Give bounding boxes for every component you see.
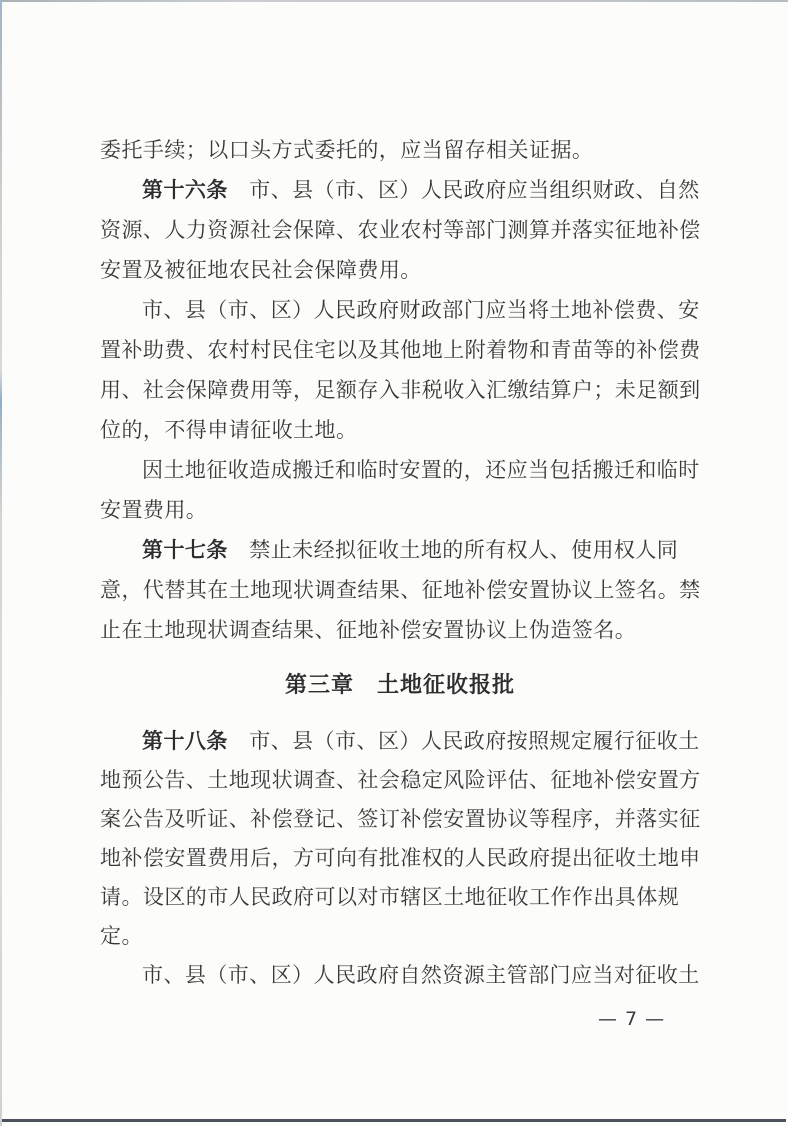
line-text: 止在土地现状调查结果、征地补偿安置协议上伪造签名。 [100,618,636,642]
line-text: 请。设区的市人民政府可以对市辖区土地征收工作作出具体规 [100,885,679,909]
scan-edge-top [0,0,788,2]
body-line: 安置费用。 [100,490,700,530]
line-text: 因土地征收造成搬迁和临时安置的，还应当包括搬迁和临时 [142,458,700,482]
line-text: 定。 [100,924,143,948]
body-line: 第十七条 禁止未经拟征收土地的所有权人、使用权人同 [100,530,700,570]
line-text: 安置费用。 [100,498,207,522]
line-text: 地预公告、土地现状调查、社会稳定风险评估、征地补偿安置方 [100,768,701,792]
body-line: 意，代替其在土地现状调查结果、征地补偿安置协议上签名。禁 [100,570,700,610]
body-line: 案公告及听证、补偿登记、签订补偿安置协议等程序，并落实征 [100,800,700,839]
line-text: 用、社会保障费用等，足额存入非税收入汇缴结算户；未足额到 [100,378,701,402]
line-text: 市、县（市、区）人民政府应当组织财政、自然 [228,178,700,202]
body-line: 置补助费、农村村民住宅以及其他地上附着物和青苗等的补偿费 [100,330,700,370]
line-text: 市、县（市、区）人民政府自然资源主管部门应当对征收土 [142,963,700,987]
body-line: 地补偿安置费用后，方可向有批准权的人民政府提出征收土地申 [100,839,700,878]
article-number: 第十七条 [142,539,228,562]
line-text: 位的，不得申请征收土地。 [100,418,357,442]
body-line: 市、县（市、区）人民政府财政部门应当将土地补偿费、安 [100,290,700,330]
body-line: 止在土地现状调查结果、征地补偿安置协议上伪造签名。 [100,610,700,650]
body-line: 位的，不得申请征收土地。 [100,410,700,450]
line-text: 地补偿安置费用后，方可向有批准权的人民政府提出征收土地申 [100,846,701,870]
body-line: 资源、人力资源社会保障、农业农村等部门测算并落实征地补偿 [100,210,700,250]
body-line: 第十八条 市、县（市、区）人民政府按照规定履行征收土 [100,722,700,761]
body-line: 定。 [100,917,700,956]
line-text: 市、县（市、区）人民政府按照规定履行征收土 [228,729,700,753]
line-text: 案公告及听证、补偿登记、签订补偿安置协议等程序，并落实征 [100,807,701,831]
scan-bottom-edge [2,1119,786,1122]
body-line: 因土地征收造成搬迁和临时安置的，还应当包括搬迁和临时 [100,450,700,490]
body-line: 用、社会保障费用等，足额存入非税收入汇缴结算户；未足额到 [100,370,700,410]
scanned-page: 委托手续；以口头方式委托的，应当留存相关证据。 第十六条 市、县（市、区）人民政… [0,0,788,1126]
body-line: 第十六条 市、县（市、区）人民政府应当组织财政、自然 [100,170,700,210]
article-number: 第十八条 [142,730,228,753]
body-line: 市、县（市、区）人民政府自然资源主管部门应当对征收土 [100,956,700,995]
scan-edge-left [0,0,2,1126]
line-text: 意，代替其在土地现状调查结果、征地补偿安置协议上签名。禁 [100,578,701,602]
line-text: 置补助费、农村村民住宅以及其他地上附着物和青苗等的补偿费 [100,338,701,362]
line-text: 市、县（市、区）人民政府财政部门应当将土地补偿费、安 [142,298,700,322]
article-number: 第十六条 [142,179,228,202]
page-number: — 7 — [598,1008,665,1030]
body-line: 安置及被征地农民社会保障费用。 [100,250,700,290]
body-line: 委托手续；以口头方式委托的，应当留存相关证据。 [100,130,700,170]
line-text: 委托手续；以口头方式委托的，应当留存相关证据。 [100,138,593,162]
line-text: 资源、人力资源社会保障、农业农村等部门测算并落实征地补偿 [100,218,701,242]
body-line: 请。设区的市人民政府可以对市辖区土地征收工作作出具体规 [100,878,700,917]
chapter-body: 第十八条 市、县（市、区）人民政府按照规定履行征收土 地预公告、土地现状调查、社… [100,722,700,995]
document-body: 委托手续；以口头方式委托的，应当留存相关证据。 第十六条 市、县（市、区）人民政… [100,130,700,995]
chapter-heading: 第三章 土地征收报批 [100,662,700,708]
line-text: 安置及被征地农民社会保障费用。 [100,258,422,282]
line-text: 禁止未经拟征收土地的所有权人、使用权人同 [228,538,678,562]
body-line: 地预公告、土地现状调查、社会稳定风险评估、征地补偿安置方 [100,761,700,800]
